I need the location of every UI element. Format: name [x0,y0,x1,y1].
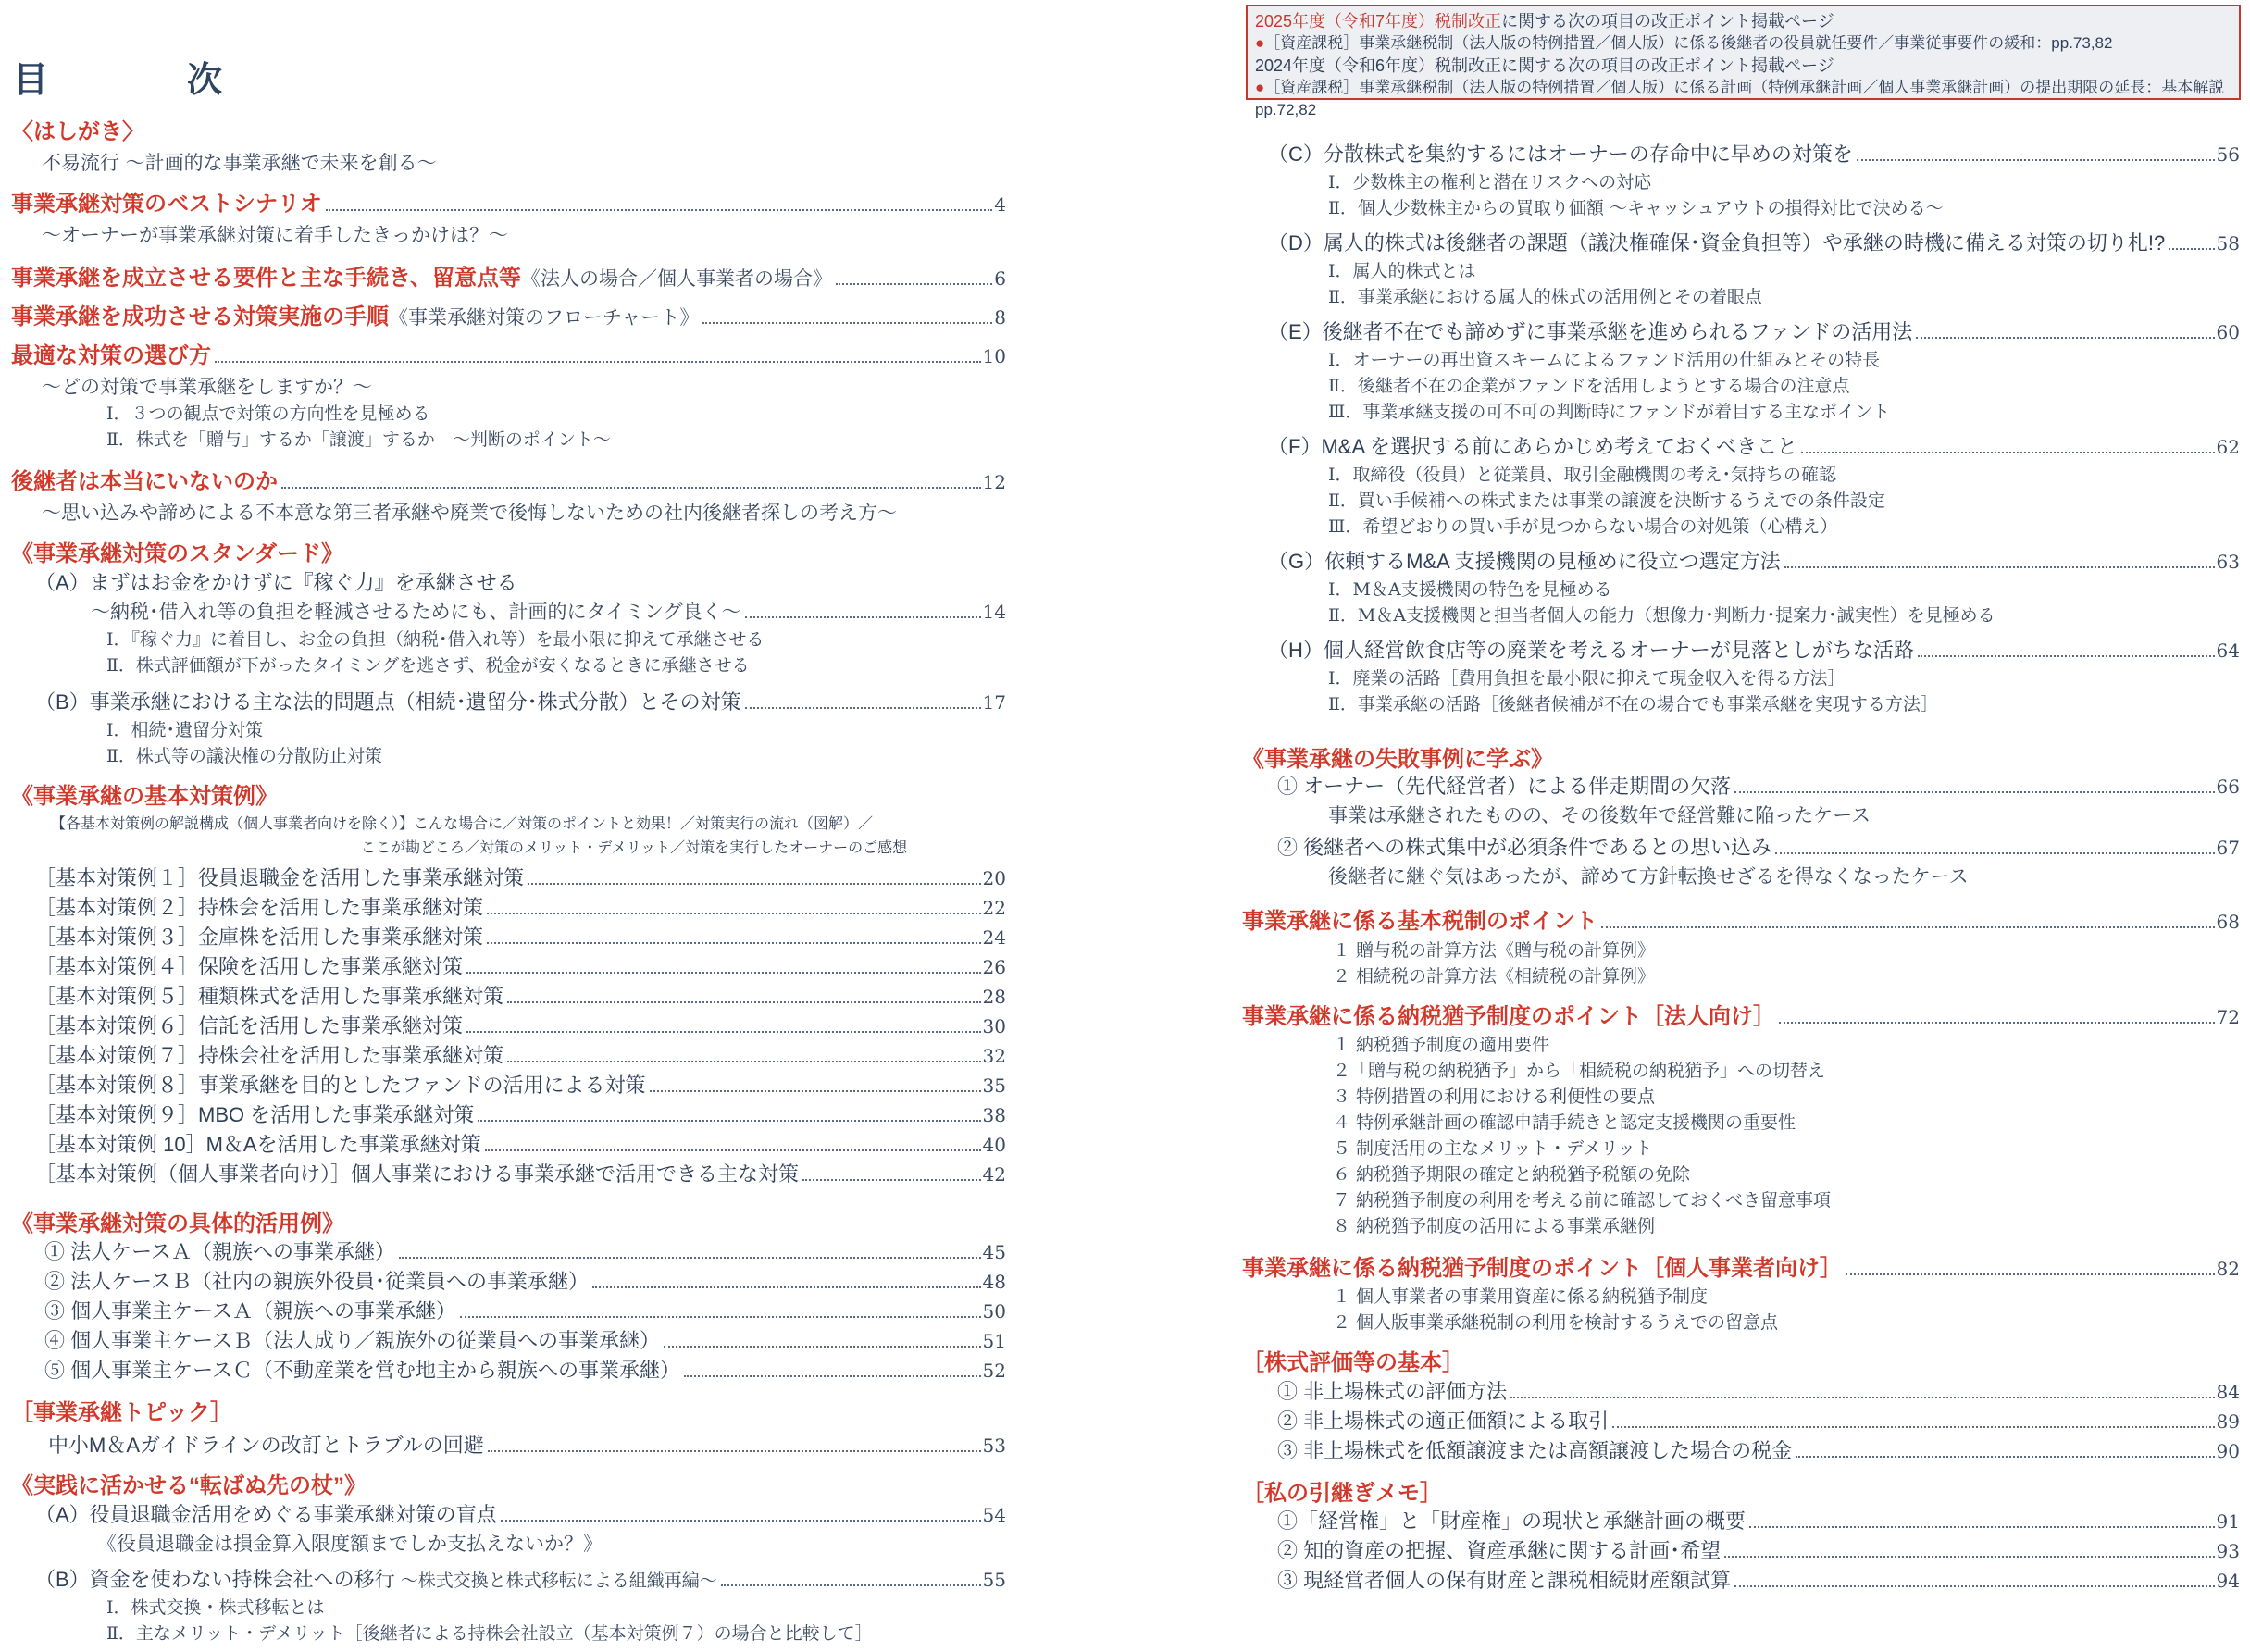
section-cases[interactable]: 《事業承継対策の具体的活用例》 [11,1205,344,1237]
entry-title: ② 後継者への株式集中が必須条件であるとの思い込み [1277,832,1771,861]
deferral-corp-item-6: ６ 納税猶予期限の確定と納税猶予税額の免除 [1333,1161,1831,1186]
leader-dots [485,1149,981,1151]
page-number: 66 [2217,776,2240,798]
page-title: 目 次 [13,51,274,102]
page-number: 35 [983,1074,1006,1097]
page-number: 17 [983,691,1006,714]
leader-dots [650,1090,981,1092]
page-number: 90 [2217,1440,2240,1462]
leader-dots [1601,926,2215,928]
page-number: 24 [983,926,1006,949]
section-f-item-2: Ⅱ．買い手候補への株式または事業の譲渡を決断するうえでの条件設定 [1268,487,2240,513]
toc-entry-deferral-indiv[interactable]: 事業承継に係る納税猶予制度のポイント［個人事業者向け］82 [1242,1249,2240,1282]
page-number: 51 [983,1330,1006,1352]
toc-entry-basic-11[interactable]: ［基本対策例（個人事業者向け）］個人事業における事業承継で活用できる主な対策42 [35,1159,1006,1188]
cases-list: ① 法人ケースＡ（親族への事業承継）45② 法人ケースＢ（社内の親族外役員･従業… [44,1236,1006,1385]
section-topic[interactable]: ［事業承継トピック］ [11,1394,232,1426]
basic-structure-note-2: ここが勘どころ／対策のメリット・デメリット／対策を実行したオーナーのご感想 [361,836,907,857]
toc-entry-standard-b[interactable]: （B）事業承継における主な法的問題点（相続･遺留分･株式分散）とその対策17 [35,687,1006,715]
leader-dots [507,1061,981,1062]
bullet-icon: ● [1255,34,1264,52]
toc-entry-case-1[interactable]: ① 法人ケースＡ（親族への事業承継）45 [44,1236,1006,1266]
leader-dots [702,322,992,324]
entry-title: ［基本対策例１］役員退職金を活用した事業承継対策 [35,863,524,891]
entry-title: （F）M&A を選択する前にあらかじめ考えておくべきこと [1268,431,1797,460]
entry-title: ③ 非上場株式を低額譲渡または高額譲渡した場合の税金 [1277,1435,1792,1464]
leader-dots [836,283,992,285]
page-number: 53 [983,1435,1006,1457]
toc-entry-practice-b[interactable]: （B）資金を使わない持株会社への移行～株式交換と株式移転による組織再編～55 [35,1564,1006,1593]
page-number: 14 [983,601,1006,623]
entry-title: ［基本対策例 10］M＆Aを活用した事業承継対策 [35,1129,481,1158]
entry-title: 事業承継を成功させる対策実施の手順 [11,298,389,330]
entry-title: ① 非上場株式の評価方法 [1277,1376,1507,1405]
entry-title: 事業承継に係る納税猶予制度のポイント［個人事業者向け］ [1242,1249,1842,1282]
entry-title: 事業承継対策のベストシナリオ [11,185,322,217]
leader-dots [399,1257,981,1259]
leader-dots [1801,452,2215,453]
page-number: 26 [983,956,1006,978]
standard-a-item-1: Ⅰ．『稼ぐ力』に着目し、お金の負担（納税･借入れ等）を最小限に抑えて承継させる [106,626,765,651]
page-number: 91 [2217,1510,2240,1533]
leader-dots [1784,566,2215,568]
notice-2025-rest: に関する次の項目の改正ポイント掲載ページ [1501,12,1834,31]
successor-subtitle: ～思い込みや諦めによる不本意な第三者承継や廃業で後悔しないための社内後継者探しの… [42,498,897,526]
toc-entry-best-scenario[interactable]: 事業承継対策のベストシナリオ4 [11,185,1006,217]
tax-item-2: ２ 相続税の計算方法《相続税の計算例》 [1333,963,1655,987]
toc-entry-basic-4[interactable]: ［基本対策例４］保険を活用した事業承継対策26 [35,951,1006,981]
page-number: 42 [983,1163,1006,1186]
toc-entry-case-2[interactable]: ② 法人ケースＢ（社内の親族外役員･従業員への事業承継）48 [44,1266,1006,1296]
page-number: 62 [2217,436,2240,458]
toc-entry-failure-2[interactable]: ② 後継者への株式集中が必須条件であるとの思い込み67 [1277,832,2240,862]
deferral-corp-item-7: ７ 納税猶予制度の利用を考える前に確認しておくべき留意事項 [1333,1186,1831,1212]
page-number: 89 [2217,1410,2240,1433]
leader-dots [466,972,981,974]
practice-a-sub: 《役員退職金は損金算入限度額までしか支払えないか？》 [97,1529,603,1557]
toc-entry-valuation-1[interactable]: ① 非上場株式の評価方法84 [1277,1376,2240,1406]
page-number: 94 [2217,1570,2240,1592]
page-number: 32 [983,1045,1006,1067]
practice-b-item-2: Ⅱ．主なメリット・デメリット［後継者による持株会社設立（基本対策例７）の場合と比… [106,1620,873,1645]
leader-dots [528,883,981,885]
leader-dots [501,1520,981,1522]
page-number: 52 [983,1360,1006,1382]
toc-entry-basic-6[interactable]: ［基本対策例６］信託を活用した事業承継対策30 [35,1011,1006,1040]
section-practice[interactable]: 《実践に活かせる“転ばぬ先の杖”》 [11,1467,367,1499]
page-number: 38 [983,1104,1006,1126]
entry-title: 最適な対策の選び方 [11,337,211,369]
entry-title: ～納税･借入れ等の負担を軽減させるためにも、計画的にタイミング良く～ [91,597,741,625]
toc-entry-section-c[interactable]: （C）分散株式を集約するにはオーナーの存命中に早めの対策を56 [1268,139,2240,168]
entry-title: （H）個人経営飲食店等の廃業を考えるオーナーが見落としがちな活路 [1268,635,1914,664]
toc-entry-procedure[interactable]: 事業承継を成功させる対策実施の手順《事業承継対策のフローチャート》8 [11,298,1006,330]
right-lettered-sections: （C）分散株式を集約するにはオーナーの存命中に早めの対策を56Ⅰ．少数株主の権利… [1268,139,2240,724]
toc-entry-basic-8[interactable]: ［基本対策例８］事業承継を目的としたファンドの活用による対策35 [35,1070,1006,1099]
entry-title: ③ 現経営者個人の保有財産と課税相続財産額試算 [1277,1565,1731,1594]
section-g-item-1: Ⅰ．M＆A支援機関の特色を見極める [1268,576,2240,602]
entry-suffix: 《事業承継対策のフローチャート》 [389,303,699,330]
leader-dots [488,1450,981,1452]
leader-dots [664,1346,981,1348]
section-basic[interactable]: 《事業承継の基本対策例》 [11,777,278,810]
page-number: 63 [2217,551,2240,573]
toc-entry-deferral-corp[interactable]: 事業承継に係る納税猶予制度のポイント［法人向け］72 [1242,998,2240,1030]
toc-entry-basic-7[interactable]: ［基本対策例７］持株会社を活用した事業承継対策32 [35,1040,1006,1070]
entry-title: （D）属人的株式は後継者の課題（議決権確保･資金負担等）や承継の時機に備える対策… [1268,228,2165,256]
toc-entry-requirements[interactable]: 事業承継を成立させる要件と主な手続き、留意点等《法人の場合／個人事業者の場合》6 [11,259,1006,292]
toc-entry-topic[interactable]: 中小M＆Aガイドラインの改訂とトラブルの回避53 [48,1430,1006,1459]
toc-entry-basic-tax[interactable]: 事業承継に係る基本税制のポイント68 [1242,902,2240,935]
leader-dots [507,1001,981,1003]
leader-dots [1846,1273,2215,1275]
toc-entry-successor[interactable]: 後継者は本当にいないのか12 [11,463,1006,495]
entry-title: 事業承継に係る納税猶予制度のポイント［法人向け］ [1242,998,1775,1030]
entry-title: ［基本対策例３］金庫株を活用した事業承継対策 [35,922,483,950]
page-number: 8 [994,306,1006,329]
leader-dots [1918,655,2215,657]
entry-title: ③ 個人事業主ケースＡ（親族への事業承継） [44,1296,456,1324]
toc-entry-section-f[interactable]: （F）M&A を選択する前にあらかじめ考えておくべきこと62 [1268,431,2240,461]
section-valuation[interactable]: ［株式評価等の基本］ [1242,1344,1464,1376]
section-standard[interactable]: 《事業承継対策のスタンダード》 [11,535,343,567]
valuation-list: ① 非上場株式の評価方法84② 非上場株式の適正価額による取引89③ 非上場株式… [1277,1376,2240,1465]
section-e-item-3: Ⅲ．事業承継支援の可不可の判断時にファンドが着目する主なポイント [1268,398,2240,424]
page-number: 20 [983,867,1006,889]
toc-entry-memo-3[interactable]: ③ 現経営者個人の保有財産と課税相続財産額試算94 [1277,1565,2240,1595]
page-number: 50 [983,1300,1006,1323]
deferral-corp-item-5: ５ 制度活用の主なメリット・デメリット [1333,1135,1831,1161]
toc-entry-case-3[interactable]: ③ 個人事業主ケースＡ（親族への事業承継）50 [44,1296,1006,1325]
tax-item-1: １ 贈与税の計算方法《贈与税の計算例》 [1333,937,1655,962]
page-number: 60 [2217,321,2240,343]
page-number: 55 [983,1569,1006,1591]
entry-title: ① オーナー（先代経営者）による伴走期間の欠落 [1277,771,1731,800]
entry-title: 事業承継を成立させる要件と主な手続き、留意点等 [11,259,521,292]
page-number: 82 [2217,1258,2240,1280]
leader-dots [1612,1426,2214,1428]
leader-dots [1734,791,2214,793]
notice-2025-highlight: 2025年度（令和7年度）税制改正 [1255,12,1501,31]
choose-item-1: Ⅰ．３つの観点で対策の方向性を見極める [106,400,430,425]
leader-dots [466,1031,981,1033]
entry-title: ① 法人ケースＡ（親族への事業承継） [44,1236,395,1265]
leader-dots [478,1120,980,1122]
toc-entry-basic-9[interactable]: ［基本対策例９］MBO を活用した事業承継対策38 [35,1099,1006,1129]
leader-dots [1796,1456,2214,1458]
leader-dots [802,1179,981,1181]
page-number: 84 [2217,1381,2240,1403]
toc-entry-section-h[interactable]: （H）個人経営飲食店等の廃業を考えるオーナーが見落としがちな活路64 [1268,635,2240,665]
choose-subtitle: ～どの対策で事業承継をしますか？～ [42,372,372,400]
toc-entry-standard-a[interactable]: ～納税･借入れ等の負担を軽減させるためにも、計画的にタイミング良く～14 [91,597,1006,625]
leader-dots [1857,159,2215,161]
memo-list: ①「経営権」と「財産権」の現状と承継計画の概要91② 知的資産の把握、資産承継に… [1277,1506,2240,1595]
entry-title: （C）分散株式を集約するにはオーナーの存命中に早めの対策を [1268,139,1853,168]
section-c-item-2: Ⅱ．個人少数株主からの買取り価額 ～キャッシュアウトの損得対比で決める～ [1268,194,2240,220]
page-number: 22 [983,897,1006,919]
toc-entry-case-5[interactable]: ⑤ 個人事業主ケースＣ（不動産業を営む地主から親族への事業承継）52 [44,1355,1006,1385]
entry-title: ［基本対策例６］信託を活用した事業承継対策 [35,1011,463,1039]
toc-entry-section-e[interactable]: （E）後継者不在でも諦めずに事業承継を進められるファンドの活用法60 [1268,317,2240,346]
section-c-item-1: Ⅰ．少数株主の権利と潜在リスクへの対応 [1268,168,2240,194]
toc-entry-case-4[interactable]: ④ 個人事業主ケースＢ（法人成り／親族外の従業員への事業承継）51 [44,1325,1006,1355]
section-d-item-2: Ⅱ．事業承継における属人的株式の活用例とその着眼点 [1268,283,2240,309]
deferral-indiv-item-2: ２ 個人版事業承継税制の利用を検討するうえでの留意点 [1333,1309,1778,1334]
entry-title: ［基本対策例５］種類株式を活用した事業承継対策 [35,981,503,1010]
failure-list: ① オーナー（先代経営者）による伴走期間の欠落66事業は承継されたものの、その後… [1277,771,2240,893]
deferral-corp-item-2: ２「贈与税の納税猶予」から「相続税の納税猶予」への切替え [1333,1057,1831,1083]
toc-entry-memo-1[interactable]: ①「経営権」と「財産権」の現状と承継計画の概要91 [1277,1506,2240,1535]
section-e-item-2: Ⅱ．後継者不在の企業がファンドを活用しようとする場合の注意点 [1268,372,2240,398]
entry-title: ② 知的資産の把握、資産承継に関する計画･希望 [1277,1535,1721,1564]
toc-entry-section-g[interactable]: （G）依頼するM&A 支援機関の見極めに役立つ選定方法63 [1268,546,2240,576]
deferral-corp-item-1: １ 納税猶予制度の適用要件 [1333,1031,1831,1057]
leader-dots [1734,1585,2214,1587]
page-number: 54 [983,1504,1006,1526]
page-number: 48 [983,1271,1006,1293]
leader-dots [1724,1556,2214,1558]
deferral-corp-item-3: ３ 特例措置の利用における利便性の要点 [1333,1083,1831,1109]
page-number: 58 [2217,232,2240,255]
entry-title: 事業承継に係る基本税制のポイント [1242,902,1597,935]
leader-dots [326,209,993,211]
toc-entry-basic-3[interactable]: ［基本対策例３］金庫株を活用した事業承継対策24 [35,922,1006,951]
toc-entry-valuation-2[interactable]: ② 非上場株式の適正価額による取引89 [1277,1406,2240,1435]
toc-entry-memo-2[interactable]: ② 知的資産の把握、資産承継に関する計画･希望93 [1277,1535,2240,1565]
standard-a-title[interactable]: （A）まずはお金をかけずに『稼ぐ力』を承継させる [35,567,517,596]
entry-title: ［基本対策例８］事業承継を目的としたファンドの活用による対策 [35,1070,646,1099]
page-number: 93 [2217,1540,2240,1562]
standard-b-item-1: Ⅰ．相続･遺留分対策 [106,716,263,741]
toc-entry-basic-2[interactable]: ［基本対策例２］持株会を活用した事業承継対策22 [35,892,1006,922]
section-f-item-1: Ⅰ．取締役（役員）と従業員、取引金融機関の考え･気持ちの確認 [1268,461,2240,487]
failure-2-sub: 後継者に継ぐ気はあったが、諦めて方針転換せざるを得なくなったケース [1277,862,2240,888]
toc-entry-choose[interactable]: 最適な対策の選び方10 [11,337,1006,369]
standard-a-item-2: Ⅱ．株式評価額が下がったタイミングを逃さず、税金が安くなるときに承継させる [106,652,750,677]
page-number: 56 [2217,143,2240,166]
page-number: 28 [983,986,1006,1008]
leader-dots [1510,1397,2214,1398]
page-number: 45 [983,1241,1006,1263]
entry-title: ［基本対策例２］持株会を活用した事業承継対策 [35,892,483,921]
entry-title: 中小M＆Aガイドラインの改訂とトラブルの回避 [48,1430,484,1459]
practice-b-item-1: Ⅰ．株式交換・株式移転とは [106,1594,325,1619]
section-memo[interactable]: ［私の引継ぎメモ］ [1242,1474,1442,1507]
section-f-item-3: Ⅲ．希望どおりの買い手が見つからない場合の対処策（心構え） [1268,513,2240,539]
leader-dots [487,913,981,914]
leader-dots [1779,1022,2215,1024]
page-number: 6 [994,267,1006,290]
page-number: 4 [994,193,1006,216]
deferral-corp-list: １ 納税猶予制度の適用要件２「贈与税の納税猶予」から「相続税の納税猶予」への切替… [1333,1031,1831,1238]
entry-title: （B）資金を使わない持株会社への移行 [35,1564,395,1593]
choose-item-2: Ⅱ．株式を「贈与」するか「譲渡」するか ～判断のポイント～ [106,426,611,451]
notice-2025-item[interactable]: ［資産課税］事業承継税制（法人版の特例措置／個人版）に係る後継者の役員就任要件／… [1264,34,2112,52]
notice-2024-heading: 2024年度（令和6年度）税制改正に関する次の項目の改正ポイント掲載ページ [1255,55,2231,77]
leader-dots [281,487,981,489]
entry-title: ④ 個人事業主ケースＢ（法人成り／親族外の従業員への事業承継） [44,1325,660,1354]
page-number: 72 [2217,1006,2240,1028]
deferral-corp-item-4: ４ 特例承継計画の確認申請手続きと認定支援機関の重要性 [1333,1109,1831,1135]
toc-entry-failure-1[interactable]: ① オーナー（先代経営者）による伴走期間の欠落66 [1277,771,2240,801]
deferral-corp-item-8: ８ 納税猶予制度の活用による事業承継例 [1333,1212,1831,1238]
toc-entry-practice-a[interactable]: （A）役員退職金活用をめぐる事業承継対策の盲点54 [35,1499,1006,1528]
section-hashigaki[interactable]: 〈はしがき〉 [11,113,144,145]
entry-title: ［基本対策例７］持株会社を活用した事業承継対策 [35,1040,503,1069]
page-number: 67 [2217,837,2240,859]
bullet-icon: ● [1255,79,1264,96]
entry-title: （E）後継者不在でも諦めずに事業承継を進められるファンドの活用法 [1268,317,1912,345]
entry-title: （A）役員退職金活用をめぐる事業承継対策の盲点 [35,1499,497,1528]
section-failure[interactable]: 《事業承継の失敗事例に学ぶ》 [1242,740,1553,773]
section-e-item-1: Ⅰ．オーナーの再出資スキームによるファンド活用の仕組みとその特長 [1268,346,2240,372]
leader-dots [684,1375,981,1377]
page-number: 10 [983,345,1006,367]
toc-entry-basic-5[interactable]: ［基本対策例５］種類株式を活用した事業承継対策28 [35,981,1006,1011]
deferral-indiv-item-1: １ 個人事業者の事業用資産に係る納税猶予制度 [1333,1283,1708,1308]
leader-dots [1749,1526,2215,1528]
leader-dots [215,361,981,363]
basic-structure-note-1: 【各基本対策例の解説構成（個人事業者向けを除く）】こんな場合に／対策のポイントと… [51,812,873,833]
toc-entry-valuation-3[interactable]: ③ 非上場株式を低額譲渡または高額譲渡した場合の税金90 [1277,1435,2240,1465]
entry-title: ［基本対策例４］保険を活用した事業承継対策 [35,951,463,980]
hashigaki-text[interactable]: 不易流行 ～計画的な事業承継で未来を創る～ [42,148,437,176]
toc-entry-section-d[interactable]: （D）属人的株式は後継者の課題（議決権確保･資金負担等）や承継の時機に備える対策… [1268,228,2240,257]
toc-entry-basic-1[interactable]: ［基本対策例１］役員退職金を活用した事業承継対策20 [35,863,1006,892]
page-number: 12 [983,471,1006,493]
leader-dots [487,942,981,944]
page-number: 64 [2217,640,2240,662]
notice-2024-item[interactable]: ［資産課税］事業承継税制（法人版の特例措置／個人版）に係る計画（特例承継計画／個… [1255,79,2224,118]
section-g-item-2: Ⅱ．M＆A支援機関と担当者個人の能力（想像力･判断力･提案力･誠実性）を見極める [1268,602,2240,627]
tax-reform-notice: 2025年度（令和7年度）税制改正に関する次の項目の改正ポイント掲載ページ ●［… [1246,5,2241,100]
entry-title: （B）事業承継における主な法的問題点（相続･遺留分･株式分散）とその対策 [35,687,741,715]
page-number: 40 [983,1134,1006,1156]
page-number: 30 [983,1015,1006,1037]
entry-suffix: 《法人の場合／個人事業者の場合》 [521,264,832,292]
entry-suffix: ～株式交換と株式移転による組織再編～ [401,1567,717,1592]
leader-dots [1916,337,2214,339]
entry-title: ⑤ 個人事業主ケースＣ（不動産業を営む地主から親族への事業承継） [44,1355,680,1384]
leader-dots [460,1316,981,1318]
toc-entry-basic-10[interactable]: ［基本対策例 10］M＆Aを活用した事業承継対策40 [35,1129,1006,1159]
leader-dots [2169,248,2214,250]
entry-title: ② 法人ケースＢ（社内の親族外役員･従業員への事業承継） [44,1266,589,1295]
entry-title: ［基本対策例（個人事業者向け）］個人事業における事業承継で活用できる主な対策 [35,1159,799,1187]
section-h-item-1: Ⅰ．廃業の活路［費用負担を最小限に抑えて現金収入を得る方法］ [1268,665,2240,690]
entry-title: （G）依頼するM&A 支援機関の見極めに役立つ選定方法 [1268,546,1781,575]
entry-title: ①「経営権」と「財産権」の現状と承継計画の概要 [1277,1506,1746,1534]
section-h-item-2: Ⅱ．事業承継の活路［後継者候補が不在の場合でも事業承継を実現する方法］ [1268,690,2240,716]
leader-dots [721,1584,981,1586]
best-subtitle: ～オーナーが事業承継対策に着手したきっかけは？～ [42,220,508,248]
entry-title: 後継者は本当にいないのか [11,463,278,495]
leader-dots [745,707,981,709]
failure-1-sub: 事業は承継されたものの、その後数年で経営難に陥ったケース [1277,801,2240,826]
leader-dots [592,1286,981,1288]
leader-dots [745,616,981,618]
entry-title: ② 非上場株式の適正価額による取引 [1277,1406,1609,1435]
entry-title: ［基本対策例９］MBO を活用した事業承継対策 [35,1099,474,1128]
basic-list: ［基本対策例１］役員退職金を活用した事業承継対策20［基本対策例２］持株会を活用… [35,863,1006,1188]
page-number: 68 [2217,911,2240,933]
section-d-item-1: Ⅰ．属人的株式とは [1268,257,2240,283]
leader-dots [1775,852,2214,854]
standard-b-item-2: Ⅱ．株式等の議決権の分散防止対策 [106,742,382,767]
